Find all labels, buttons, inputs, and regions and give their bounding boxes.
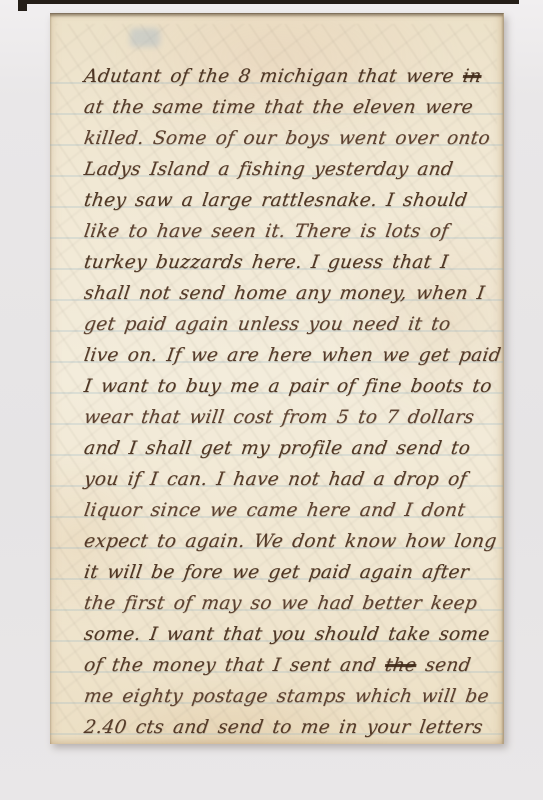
letter-line: you if I can. I have not had a drop of — [82, 464, 501, 495]
letter-text-segment: it will be fore we get paid again after — [83, 562, 471, 583]
letter-line: of the money that I sent and the send — [82, 650, 501, 681]
letter-text-segment: shall not send home any money, when I — [83, 283, 486, 304]
letter-line: 2.40 cts and send to me in your letters — [82, 712, 501, 743]
letter-text: Adutant of the 8 michigan that were inat… — [82, 61, 497, 743]
letter-text-segment: live on. If we are here when we get paid — [83, 345, 503, 366]
letter-text-segment: I want to buy me a pair of fine boots to — [83, 376, 493, 397]
letter-line: shall not send home any money, when I — [82, 278, 501, 309]
letter-text-segment: Adutant of the 8 michigan that were — [83, 66, 465, 87]
letter-text-segment: get paid again unless you need it to — [83, 314, 452, 335]
letter-text-segment: turkey buzzards here. I guess that I — [83, 252, 450, 273]
letter-text-segment: expect to again. We dont know how long — [83, 531, 498, 552]
letter-text-segment: the first of may so we had better keep — [83, 593, 479, 614]
letter-text-segment: you if I can. I have not had a drop of — [83, 469, 469, 490]
letter-text-segment: 2.40 cts and send to me in your letters — [83, 717, 484, 738]
scanner-edge-corner — [18, 0, 27, 11]
scanner-edge-strip — [18, 0, 519, 4]
letter-line: wear that will cost from 5 to 7 dollars — [82, 402, 501, 433]
crossed-out-word: the — [384, 655, 418, 676]
letter-text-segment: liquor since we came here and I dont — [83, 500, 467, 521]
letter-text-segment: at the same time that the eleven were — [83, 97, 475, 118]
letter-text-segment: they saw a large rattlesnake. I should — [83, 190, 469, 211]
crossed-out-word: in — [461, 66, 482, 87]
letter-line: turkey buzzards here. I guess that I — [82, 247, 501, 278]
letter-text-segment: killed. Some of our boys went over onto — [83, 128, 492, 149]
letter-line: they saw a large rattlesnake. I should — [82, 185, 501, 216]
letter-text-segment: of the money that I sent and — [83, 655, 387, 676]
letter-line: get paid again unless you need it to — [82, 309, 501, 340]
faint-ink-smudge — [130, 28, 160, 47]
letter-line: I want to buy me a pair of fine boots to — [82, 371, 501, 402]
letter-line: Adutant of the 8 michigan that were in — [82, 61, 501, 92]
letter-line: some. I want that you should take some — [82, 619, 501, 650]
letter-line: like to have seen it. There is lots of — [82, 216, 501, 247]
letter-line: live on. If we are here when we get paid — [82, 340, 501, 371]
letter-line: it will be fore we get paid again after — [82, 557, 501, 588]
letter-text-segment: some. I want that you should take some — [83, 624, 491, 645]
letter-line: at the same time that the eleven were — [82, 92, 501, 123]
letter-line: me eighty postage stamps which will be — [82, 681, 501, 712]
letter-page: Adutant of the 8 michigan that were inat… — [50, 13, 504, 744]
letter-text-segment: wear that will cost from 5 to 7 dollars — [83, 407, 476, 428]
letter-line: Ladys Island a fishing yesterday and — [82, 154, 501, 185]
scanned-letter: Adutant of the 8 michigan that were inat… — [0, 0, 543, 800]
letter-text-segment: Ladys Island a fishing yesterday and — [83, 159, 455, 180]
letter-line: the first of may so we had better keep — [82, 588, 501, 619]
letter-line: expect to again. We dont know how long — [82, 526, 501, 557]
letter-line: liquor since we came here and I dont — [82, 495, 501, 526]
letter-text-segment: send — [415, 655, 473, 676]
letter-text-segment: me eighty postage stamps which will be — [83, 686, 491, 707]
letter-text-segment: like to have seen it. There is lots of — [83, 221, 450, 242]
letter-line: killed. Some of our boys went over onto — [82, 123, 501, 154]
letter-text-segment: and I shall get my profile and send to — [83, 438, 472, 459]
letter-line: and I shall get my profile and send to — [82, 433, 501, 464]
